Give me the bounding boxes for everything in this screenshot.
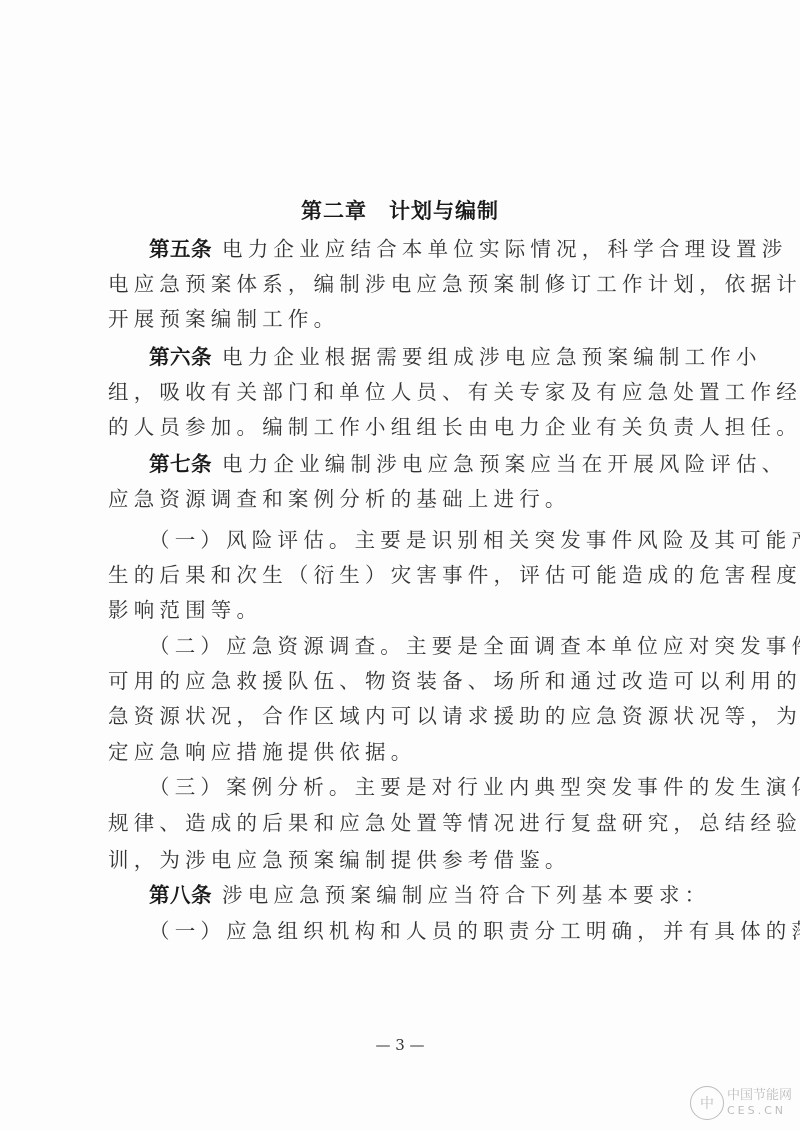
chapter-heading: 第二章计划与编制 <box>0 195 800 225</box>
text-line: （二）应急资源调查。主要是全面调查本单位应对突发事件 <box>149 631 700 661</box>
text-line: 应急资源调查和案例分析的基础上进行。 <box>108 484 700 514</box>
text-line: （一）风险评估。主要是识别相关突发事件风险及其可能产 <box>149 525 700 555</box>
text-line: 规律、造成的后果和应急处置等情况进行复盘研究，总结经验教 <box>108 808 700 838</box>
article-label: 第八条 <box>149 883 212 907</box>
line-text: （二）应急资源调查。主要是全面调查本单位应对突发事件 <box>149 634 800 658</box>
text-line: 第七条电力企业编制涉电应急预案应当在开展风险评估、 <box>149 449 700 479</box>
line-text: 电力企业根据需要组成涉电应急预案编制工作小 <box>222 345 762 369</box>
line-text: 应急资源调查和案例分析的基础上进行。 <box>108 487 571 511</box>
text-line: 定应急响应措施提供依据。 <box>108 737 700 767</box>
line-text: 电力企业应结合本单位实际情况，科学合理设置涉 <box>222 237 787 261</box>
line-text: 涉电应急预案编制应当符合下列基本要求： <box>222 883 710 907</box>
line-text: 电力企业编制涉电应急预案应当在开展风险评估、 <box>222 452 787 476</box>
text-line: 第五条电力企业应结合本单位实际情况，科学合理设置涉 <box>149 234 700 264</box>
watermark-name-en: CES.CN <box>727 1103 792 1118</box>
line-text: 急资源状况，合作区域内可以请求援助的应急资源状况等，为制 <box>108 704 800 728</box>
text-line: 影响范围等。 <box>108 595 700 625</box>
article-label: 第七条 <box>149 452 212 476</box>
text-line: （三）案例分析。主要是对行业内典型突发事件的发生演化 <box>149 772 700 802</box>
line-text: 组，吸收有关部门和单位人员、有关专家及有应急处置工作经验 <box>108 380 800 404</box>
page-number: — 3 — <box>0 1036 800 1054</box>
text-line: 急资源状况，合作区域内可以请求援助的应急资源状况等，为制 <box>108 701 700 731</box>
line-text: 可用的应急救援队伍、物资装备、场所和通过改造可以利用的应 <box>108 669 800 693</box>
text-line: 电应急预案体系，编制涉电应急预案制修订工作计划，依据计划 <box>108 269 700 299</box>
text-line: 训，为涉电应急预案编制提供参考借鉴。 <box>108 845 700 875</box>
line-text: （一）应急组织机构和人员的职责分工明确，并有具体的落 <box>149 919 800 943</box>
text-line: 组，吸收有关部门和单位人员、有关专家及有应急处置工作经验 <box>108 377 700 407</box>
watermark-name-cn: 中国节能网 <box>727 1088 792 1103</box>
article-label: 第六条 <box>149 345 212 369</box>
text-line: 开展预案编制工作。 <box>108 304 700 334</box>
text-line: （一）应急组织机构和人员的职责分工明确，并有具体的落 <box>149 916 700 946</box>
text-line: 的人员参加。编制工作小组组长由电力企业有关负责人担任。 <box>108 412 700 442</box>
chapter-title: 计划与编制 <box>389 199 499 223</box>
line-text: 影响范围等。 <box>108 598 262 622</box>
line-text: 的人员参加。编制工作小组组长由电力企业有关负责人担任。 <box>108 415 800 439</box>
chapter-number: 第二章 <box>301 199 367 223</box>
line-text: （一）风险评估。主要是识别相关突发事件风险及其可能产 <box>149 528 800 552</box>
text-line: 第六条电力企业根据需要组成涉电应急预案编制工作小 <box>149 342 700 372</box>
line-text: 规律、造成的后果和应急处置等情况进行复盘研究，总结经验教 <box>108 811 800 835</box>
watermark-logo-icon: 中 <box>690 1086 724 1120</box>
article-label: 第五条 <box>149 237 212 261</box>
line-text: （三）案例分析。主要是对行业内典型突发事件的发生演化 <box>149 775 800 799</box>
line-text: 开展预案编制工作。 <box>108 307 339 331</box>
text-line: 可用的应急救援队伍、物资装备、场所和通过改造可以利用的应 <box>108 666 700 696</box>
document-page: 第二章计划与编制 第五条电力企业应结合本单位实际情况，科学合理设置涉电应急预案体… <box>0 0 800 1131</box>
text-line: 生的后果和次生（衍生）灾害事件，评估可能造成的危害程度和 <box>108 560 700 590</box>
line-text: 定应急响应措施提供依据。 <box>108 740 416 764</box>
line-text: 电应急预案体系，编制涉电应急预案制修订工作计划，依据计划 <box>108 272 800 296</box>
text-line: 第八条涉电应急预案编制应当符合下列基本要求： <box>149 880 700 910</box>
line-text: 生的后果和次生（衍生）灾害事件，评估可能造成的危害程度和 <box>108 563 800 587</box>
watermark: 中 中国节能网 CES.CN <box>690 1083 795 1123</box>
line-text: 训，为涉电应急预案编制提供参考借鉴。 <box>108 848 571 872</box>
